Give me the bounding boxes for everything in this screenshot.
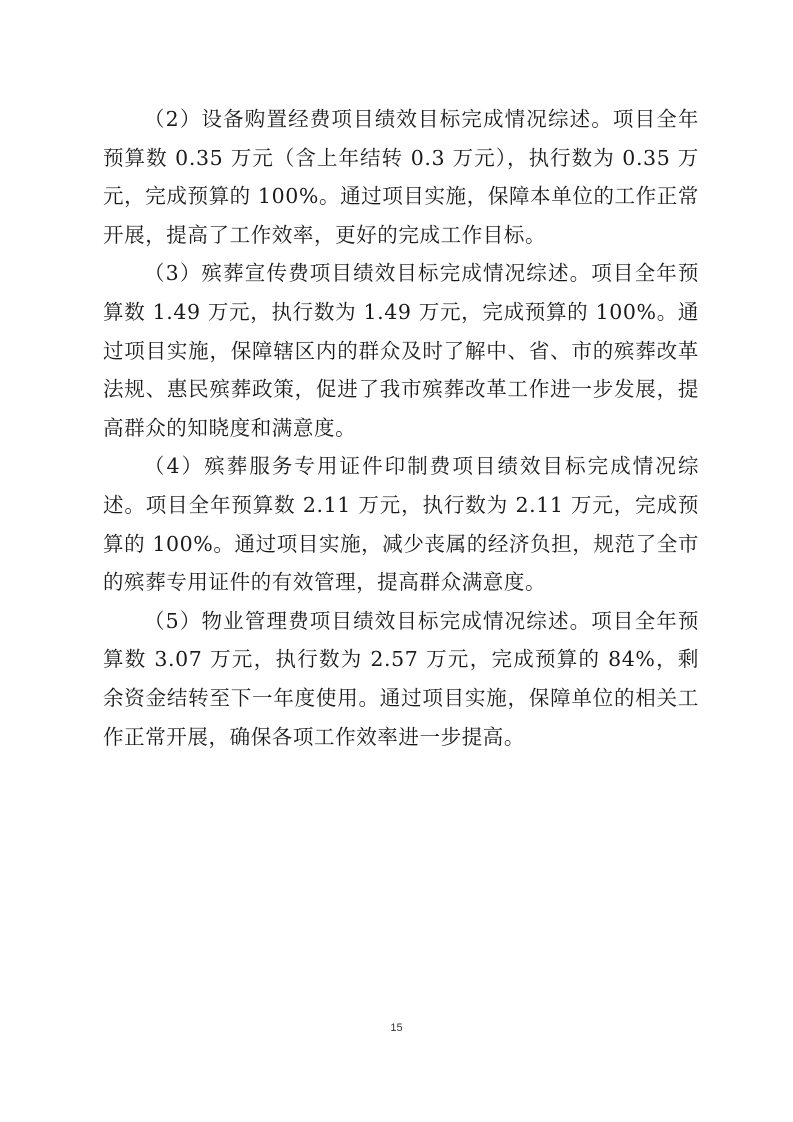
page-number: 15 [0, 1022, 793, 1034]
document-page: （2）设备购置经费项目绩效目标完成情况综述。项目全年预算数 0.35 万元（含上… [103, 100, 699, 756]
paragraph-funeral-certificate-printing: （4）殡葬服务专用证件印制费项目绩效目标完成情况综述。项目全年预算数 2.11 … [103, 447, 699, 601]
paragraph-funeral-publicity: （3）殡葬宣传费项目绩效目标完成情况综述。项目全年预算数 1.49 万元，执行数… [103, 254, 699, 447]
paragraph-equipment-purchase: （2）设备购置经费项目绩效目标完成情况综述。项目全年预算数 0.35 万元（含上… [103, 100, 699, 254]
paragraph-property-management: （5）物业管理费项目绩效目标完成情况综述。项目全年预算数 3.07 万元，执行数… [103, 602, 699, 756]
